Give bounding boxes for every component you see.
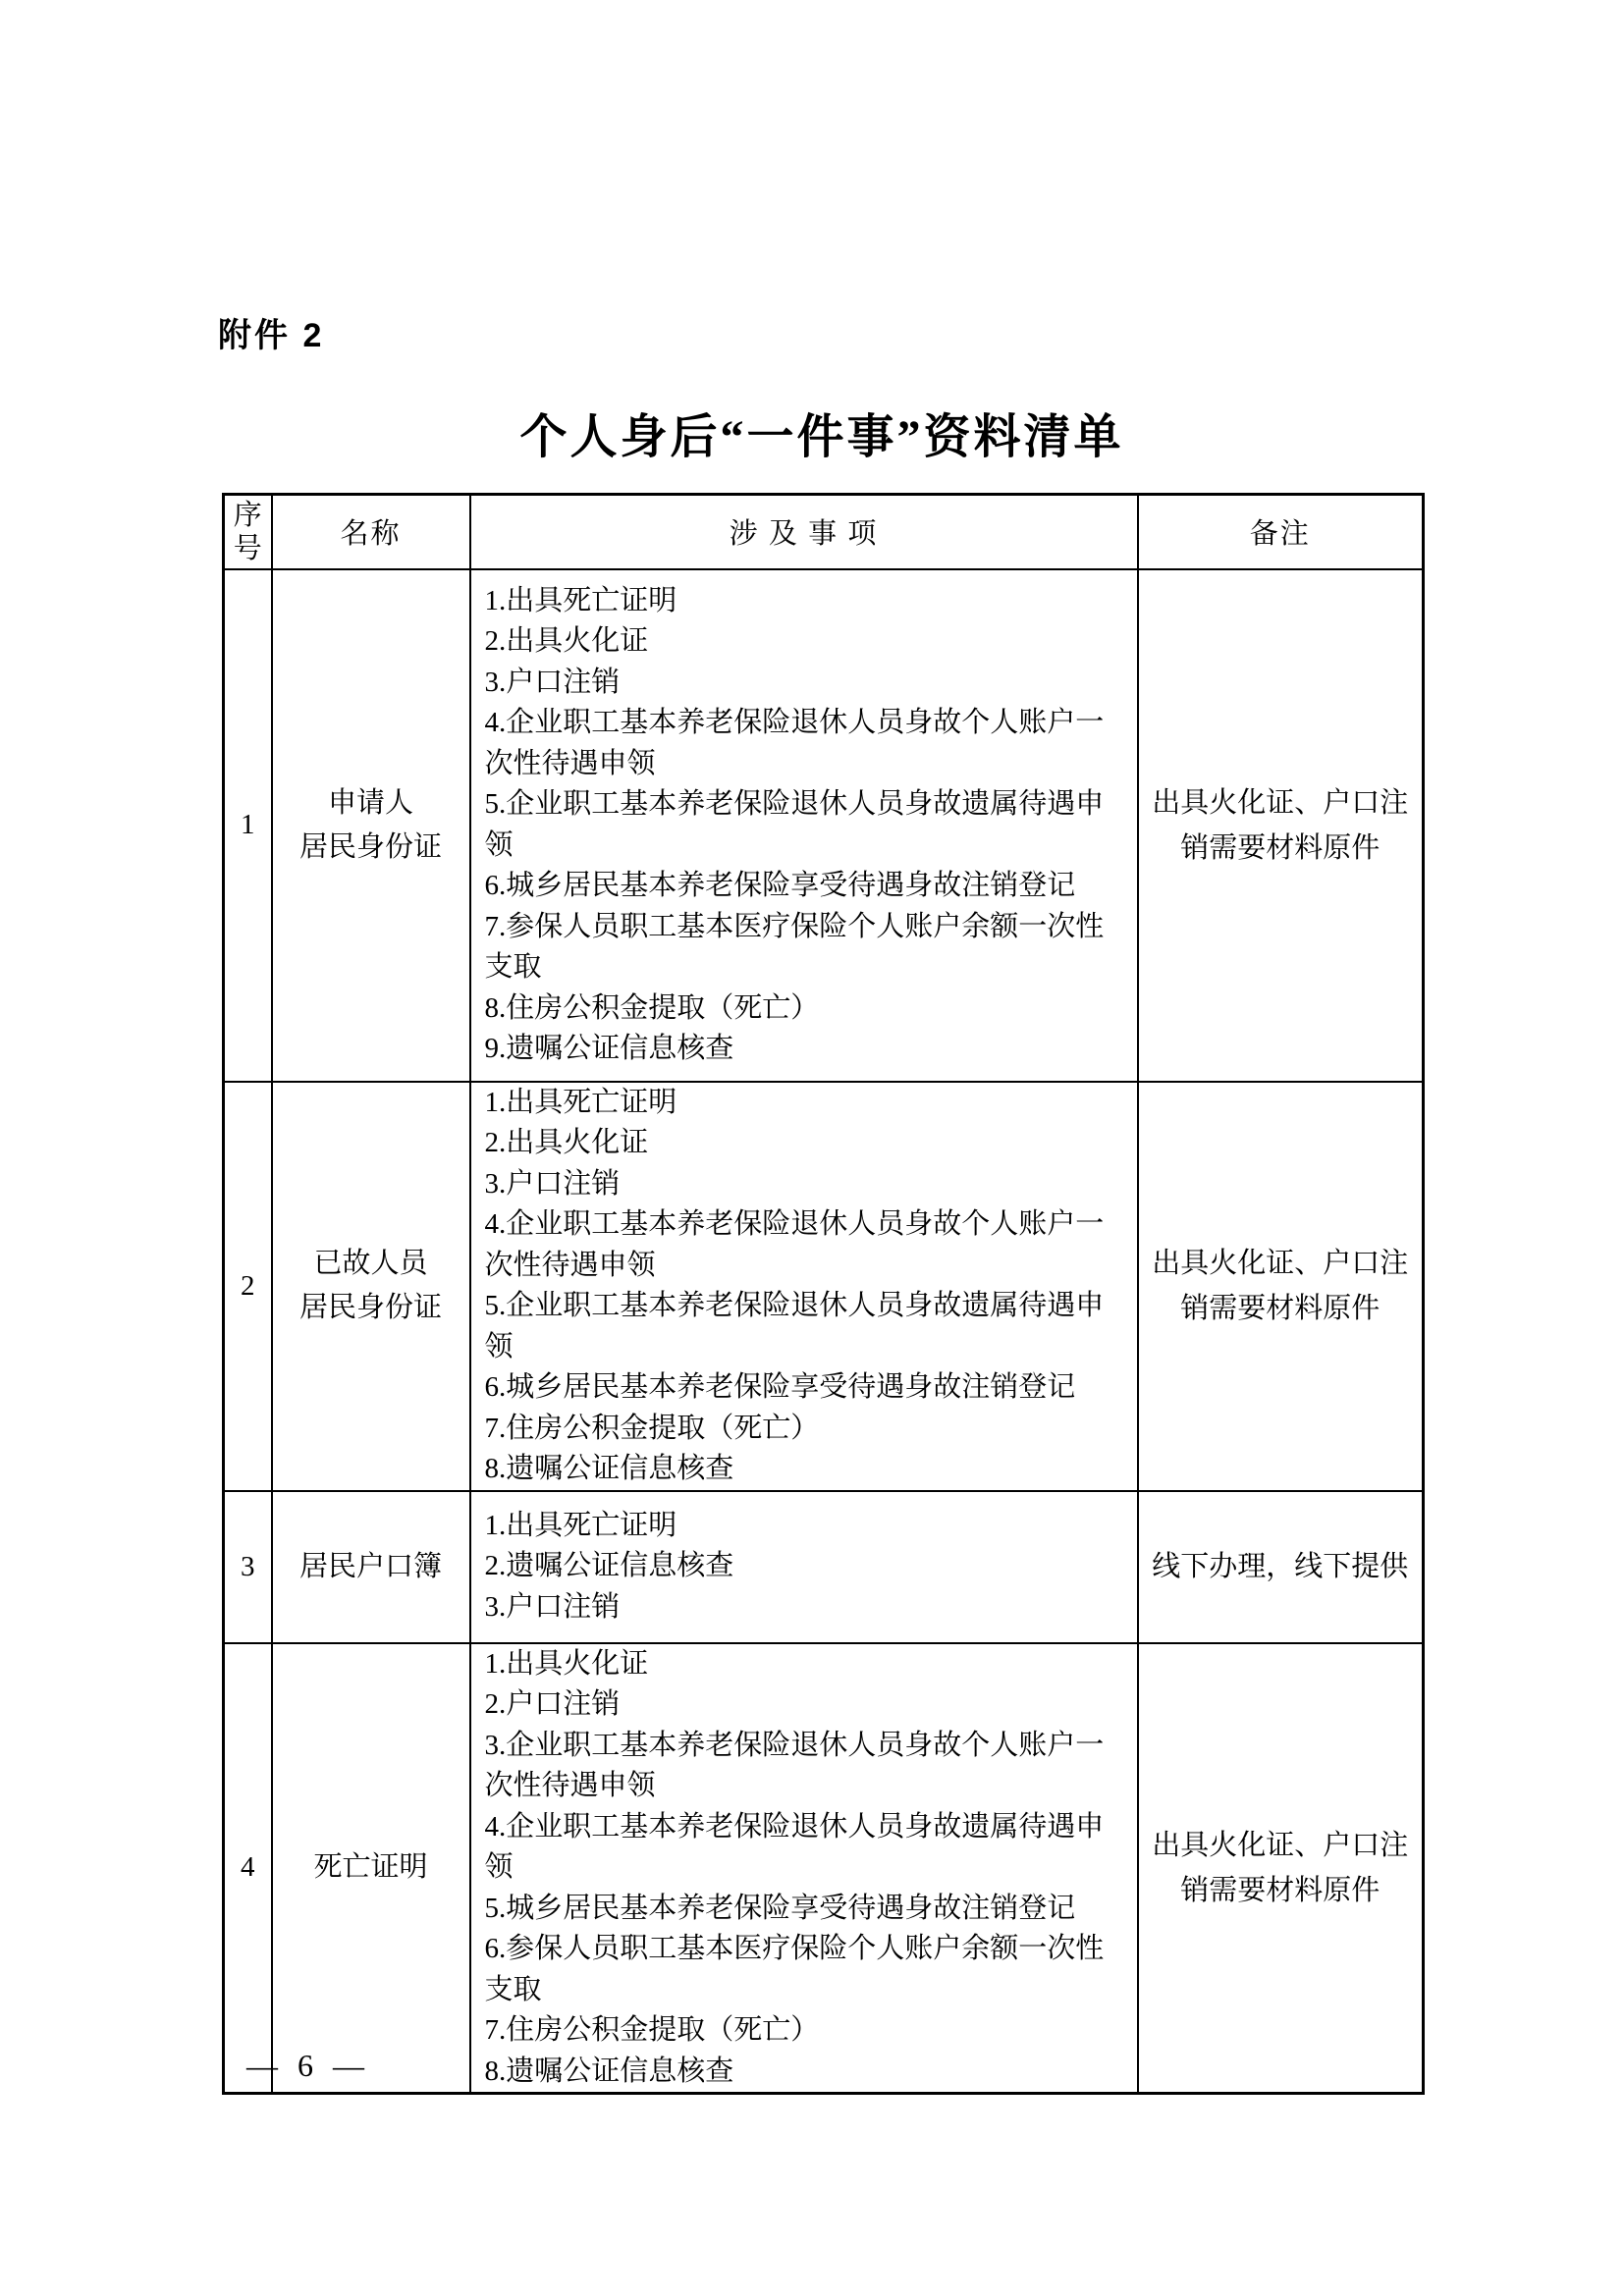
matter-item: 1.出具火化证 (485, 1644, 1127, 1685)
document-page: 附件 2 个人身后“一件事”资料清单 序号 名称 涉 及 事 项 备注 1 申请… (0, 0, 1624, 2296)
matter-item: 2.出具火化证 (485, 1123, 1127, 1164)
row-note: 出具火化证、户口注销需要材料原件 (1138, 1082, 1424, 1491)
matter-item: 4.企业职工基本养老保险退休人员身故遗属待遇申领 (485, 1807, 1127, 1889)
row-index: 2 (224, 1082, 272, 1491)
header-matters: 涉 及 事 项 (470, 495, 1138, 569)
row-note: 出具火化证、户口注销需要材料原件 (1138, 569, 1424, 1082)
row-name: 死亡证明 (272, 1643, 470, 2094)
matter-item: 7.住房公积金提取（死亡） (485, 2010, 1127, 2052)
row-name-line: 居民身份证 (279, 826, 463, 870)
row-name-line: 死亡证明 (279, 1845, 463, 1890)
matter-item: 3.户口注销 (485, 1164, 1127, 1205)
table-row: 4 死亡证明 1.出具火化证 2.户口注销 3.企业职工基本养老保险退休人员身故… (224, 1643, 1424, 2094)
table-row: 1 申请人 居民身份证 1.出具死亡证明 2.出具火化证 3.户口注销 4.企业… (224, 569, 1424, 1082)
row-note: 出具火化证、户口注销需要材料原件 (1138, 1643, 1424, 2094)
row-matters: 1.出具火化证 2.户口注销 3.企业职工基本养老保险退休人员身故个人账户一次性… (470, 1643, 1138, 2094)
row-name-line: 居民身份证 (279, 1286, 463, 1330)
table-row: 3 居民户口簿 1.出具死亡证明 2.遗嘱公证信息核查 3.户口注销 线下办理，… (224, 1491, 1424, 1643)
matter-item: 8.遗嘱公证信息核查 (485, 1449, 1127, 1490)
row-index: 4 (224, 1643, 272, 2094)
matter-item: 3.企业职工基本养老保险退休人员身故个人账户一次性待遇申领 (485, 1726, 1127, 1807)
row-name: 已故人员 居民身份证 (272, 1082, 470, 1491)
matter-item: 4.企业职工基本养老保险退休人员身故个人账户一次性待遇申领 (485, 1204, 1127, 1286)
row-index: 1 (224, 569, 272, 1082)
matter-item: 5.城乡居民基本养老保险享受待遇身故注销登记 (485, 1889, 1127, 1930)
row-matters: 1.出具死亡证明 2.出具火化证 3.户口注销 4.企业职工基本养老保险退休人员… (470, 1082, 1138, 1491)
attachment-label: 附件 2 (218, 308, 324, 356)
row-name: 居民户口簿 (272, 1491, 470, 1643)
matter-item: 7.参保人员职工基本医疗保险个人账户余额一次性支取 (485, 907, 1127, 988)
matter-item: 1.出具死亡证明 (485, 1083, 1127, 1124)
table-header-row: 序号 名称 涉 及 事 项 备注 (224, 495, 1424, 569)
matter-item: 7.住房公积金提取（死亡） (485, 1409, 1127, 1450)
page-number: — 6 — (246, 2048, 370, 2084)
matter-item: 3.户口注销 (485, 1587, 1127, 1629)
matter-item: 1.出具死亡证明 (485, 581, 1127, 622)
matter-item: 6.城乡居民基本养老保险享受待遇身故注销登记 (485, 866, 1127, 907)
row-matters: 1.出具死亡证明 2.出具火化证 3.户口注销 4.企业职工基本养老保险退休人员… (470, 569, 1138, 1082)
row-name: 申请人 居民身份证 (272, 569, 470, 1082)
matter-item: 9.遗嘱公证信息核查 (485, 1029, 1127, 1070)
matter-item: 6.城乡居民基本养老保险享受待遇身故注销登记 (485, 1367, 1127, 1409)
matter-item: 8.遗嘱公证信息核查 (485, 2052, 1127, 2093)
matter-item: 5.企业职工基本养老保险退休人员身故遗属待遇申领 (485, 1286, 1127, 1367)
row-name-line: 已故人员 (279, 1242, 463, 1286)
matter-item: 6.参保人员职工基本医疗保险个人账户余额一次性支取 (485, 1929, 1127, 2010)
row-index: 3 (224, 1491, 272, 1643)
matter-item: 8.住房公积金提取（死亡） (485, 988, 1127, 1030)
matter-item: 5.企业职工基本养老保险退休人员身故遗属待遇申领 (485, 784, 1127, 866)
header-index: 序号 (224, 495, 272, 569)
table-row: 2 已故人员 居民身份证 1.出具死亡证明 2.出具火化证 3.户口注销 4.企… (224, 1082, 1424, 1491)
header-name: 名称 (272, 495, 470, 569)
matter-item: 1.出具死亡证明 (485, 1506, 1127, 1547)
materials-table: 序号 名称 涉 及 事 项 备注 1 申请人 居民身份证 1.出具死亡证明 2.… (222, 493, 1425, 2095)
matter-item: 2.遗嘱公证信息核查 (485, 1546, 1127, 1587)
matter-item: 2.出具火化证 (485, 621, 1127, 663)
matter-item: 3.户口注销 (485, 663, 1127, 704)
matter-item: 4.企业职工基本养老保险退休人员身故个人账户一次性待遇申领 (485, 703, 1127, 784)
row-note: 线下办理，线下提供 (1138, 1491, 1424, 1643)
matter-item: 2.户口注销 (485, 1684, 1127, 1726)
header-note: 备注 (1138, 495, 1424, 569)
row-matters: 1.出具死亡证明 2.遗嘱公证信息核查 3.户口注销 (470, 1491, 1138, 1643)
row-name-line: 居民户口簿 (279, 1545, 463, 1589)
row-name-line: 申请人 (279, 781, 463, 826)
page-title: 个人身后“一件事”资料清单 (222, 399, 1422, 466)
